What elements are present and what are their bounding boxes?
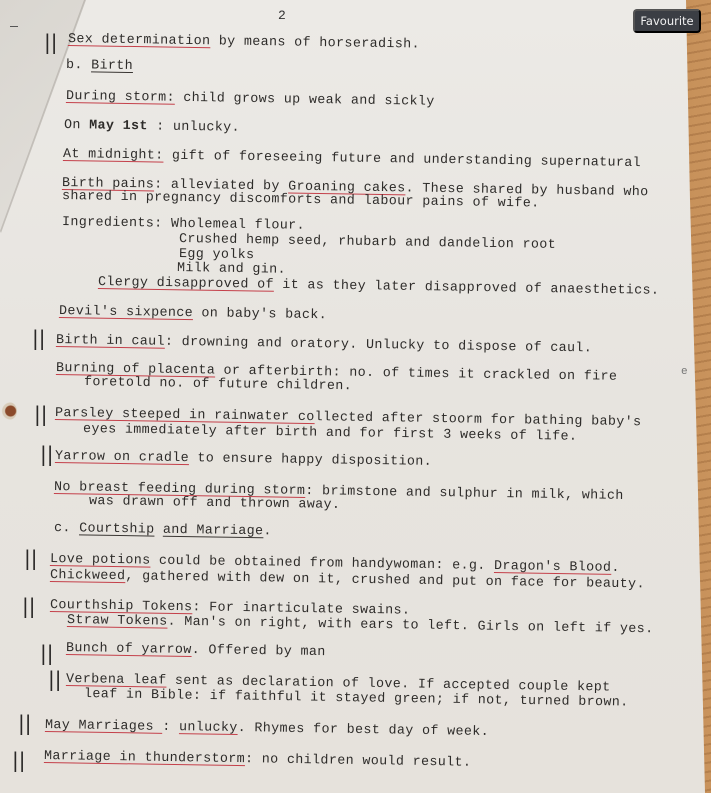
underlined-phrase: and Marriage <box>163 522 264 539</box>
margin-mark-icon: || <box>12 750 25 770</box>
underlined-phrase: Marriage in thunderstorm <box>44 748 245 766</box>
underlined-phrase: Dragon's Blood <box>494 558 612 575</box>
text-run <box>154 522 163 537</box>
text-run: on baby's back. <box>193 305 327 322</box>
margin-mark-icon: || <box>40 444 53 464</box>
text-run: May 1st <box>89 117 148 133</box>
underlined-phrase: unlucky <box>179 719 238 735</box>
underlined-phrase: May Marriages <box>45 717 163 734</box>
text-run: : unlucky. <box>148 118 240 134</box>
underlined-phrase: Birth <box>91 57 133 73</box>
margin-mark-icon: || <box>34 404 47 424</box>
underlined-phrase: Chickweed <box>50 567 126 583</box>
underlined-phrase: Sex determination <box>68 31 211 48</box>
pencil-mark <box>10 26 18 27</box>
text-run: : <box>162 719 179 734</box>
underlined-phrase: Bunch of yarrow <box>66 640 192 657</box>
margin-mark-icon: || <box>44 32 57 52</box>
margin-mark-icon: || <box>32 328 45 348</box>
text-run: . Offered by man <box>192 642 326 659</box>
underlined-phrase: During storm: <box>66 88 175 105</box>
margin-mark-icon: || <box>22 596 35 616</box>
page-number: 2 <box>278 8 286 23</box>
underlined-phrase: Courtship <box>79 520 155 536</box>
favourite-button[interactable]: Favourite <box>633 9 701 33</box>
punch-hole <box>1 402 17 420</box>
text-run: Milk and gin. <box>177 260 286 277</box>
underlined-phrase: Birth in caul <box>56 332 165 349</box>
underlined-phrase: Devil's sixpence <box>59 303 193 320</box>
text-run: c. <box>54 520 79 535</box>
text-run: . <box>611 560 620 575</box>
text-run: b. <box>66 57 91 72</box>
underlined-phrase: Verbena leaf <box>66 671 167 688</box>
underlined-phrase: At midnight: <box>63 146 164 163</box>
underlined-phrase: Love potions <box>50 551 151 568</box>
text-line: b. Birth <box>66 57 133 73</box>
underlined-phrase: Clergy disapproved of <box>98 274 274 292</box>
margin-mark-icon: || <box>18 713 31 733</box>
underlined-phrase: Yarrow on cradle <box>55 448 189 465</box>
margin-mark-icon: || <box>40 643 53 663</box>
margin-mark-icon: || <box>24 548 37 568</box>
underlined-phrase: Straw Tokens <box>67 612 168 629</box>
text-line: Milk and gin. <box>177 260 286 277</box>
text-line: On May 1st : unlucky. <box>64 117 240 135</box>
text-run: On <box>64 117 89 132</box>
text-run: . <box>263 523 272 538</box>
stray-character: e <box>681 366 688 378</box>
margin-mark-icon: || <box>48 669 61 689</box>
